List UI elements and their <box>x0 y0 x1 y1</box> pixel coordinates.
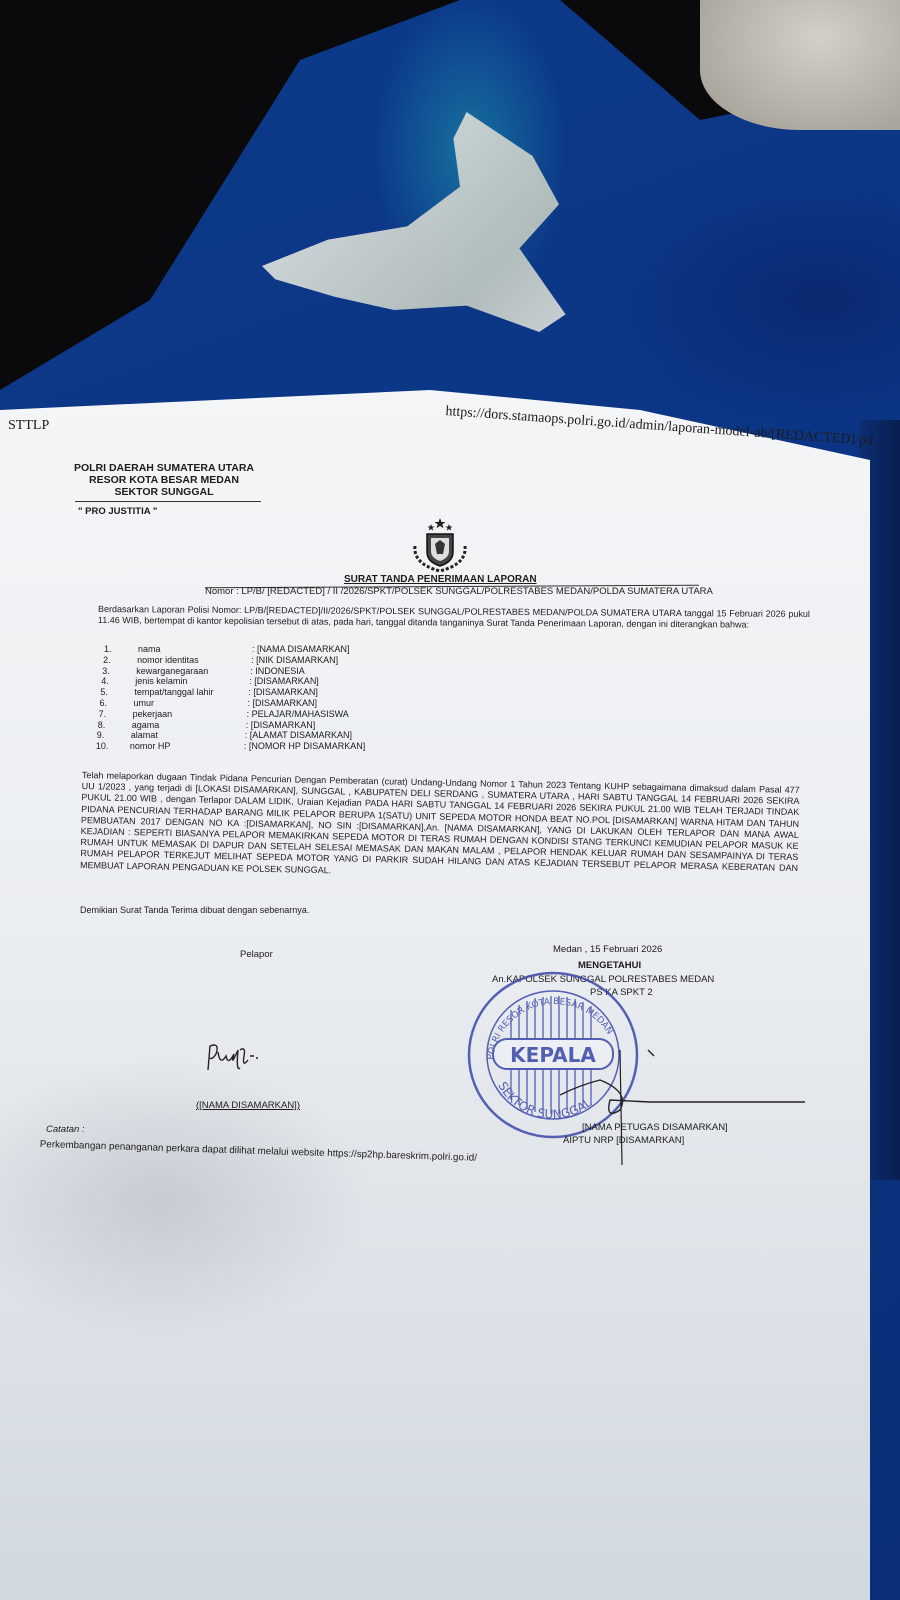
incident-narrative: Telah melaporkan dugaan Tindak Pidana Pe… <box>80 770 800 886</box>
letterhead-line-2: RESOR KOTA BESAR MEDAN <box>64 474 264 486</box>
field-value: : INDONESIA <box>250 666 305 677</box>
reporter-field-row: 4.jenis kelamin: [DISAMARKAN] <box>101 676 370 687</box>
field-value: : [NOMOR HP DISAMARKAN] <box>244 741 365 752</box>
intro-paragraph: Berdasarkan Laporan Polisi Nomor: LP/B/[… <box>98 604 810 631</box>
letterhead: POLRI DAERAH SUMATERA UTARA RESOR KOTA B… <box>64 462 264 498</box>
field-label: agama <box>132 720 246 731</box>
field-label: jenis kelamin <box>135 676 249 687</box>
note-label: Catatan : <box>46 1124 85 1135</box>
reporter-field-row: 8.agama: [DISAMARKAN] <box>98 720 367 731</box>
reporter-field-row: 5.tempat/tanggal lahir: [DISAMARKAN] <box>100 687 369 698</box>
document-title: SURAT TANDA PENERIMAAN LAPORAN <box>344 574 537 585</box>
reporter-fields: 1.nama: [NAMA DISAMARKAN]2.nomor identit… <box>104 644 373 752</box>
field-label: pekerjaan <box>133 709 247 720</box>
reporter-signature-label: Pelapor <box>240 949 273 960</box>
reporter-name: ([NAMA DISAMARKAN]) <box>196 1100 300 1111</box>
reporter-field-row: 1.nama: [NAMA DISAMARKAN] <box>104 644 373 655</box>
field-label: nama <box>138 644 252 655</box>
field-label: umur <box>134 698 248 709</box>
officer-name: [NAMA PETUGAS DISAMARKAN] <box>582 1122 728 1133</box>
polri-emblem-icon <box>405 516 475 574</box>
reporter-field-row: 3.kewarganegaraan: INDONESIA <box>102 666 371 677</box>
field-number: 6. <box>100 698 134 709</box>
field-value: : [NIK DISAMARKAN] <box>251 655 338 666</box>
closing-statement: Demikian Surat Tanda Terima dibuat denga… <box>80 905 309 915</box>
field-value: : [NAMA DISAMARKAN] <box>252 644 350 655</box>
pro-justitia-label: " PRO JUSTITIA " <box>78 506 157 517</box>
note-text: Perkembangan penanganan perkara dapat di… <box>40 1139 477 1164</box>
field-number: 10. <box>96 741 130 752</box>
field-number: 4. <box>101 676 135 687</box>
field-value: : [DISAMARKAN] <box>248 687 318 698</box>
field-number: 5. <box>100 687 134 698</box>
print-header-code: STTLP <box>8 418 49 434</box>
field-value: : PELAJAR/MAHASISWA <box>247 709 349 720</box>
letterhead-line-3: SEKTOR SUNGGAL <box>64 486 264 498</box>
letterhead-line-1: POLRI DAERAH SUMATERA UTARA <box>64 462 264 474</box>
reporter-field-row: 7.pekerjaan: PELAJAR/MAHASISWA <box>99 709 368 720</box>
field-number: 8. <box>98 720 132 731</box>
field-label: nomor identitas <box>137 655 251 666</box>
officer-rank-nrp: AIPTU NRP [DISAMARKAN] <box>563 1135 684 1146</box>
field-value: : [ALAMAT DISAMARKAN] <box>245 730 352 741</box>
field-value: : [DISAMARKAN] <box>249 676 319 687</box>
document-number: Nomor : LP/B/ [REDACTED] / II /2026/SPKT… <box>205 586 713 597</box>
reporter-signature-icon <box>200 1038 270 1078</box>
reporter-field-row: 9.alamat: [ALAMAT DISAMARKAN] <box>97 730 366 741</box>
field-label: alamat <box>131 730 245 741</box>
field-label: nomor HP <box>130 741 244 752</box>
field-number: 3. <box>102 666 136 677</box>
reporter-field-row: 10.nomor HP: [NOMOR HP DISAMARKAN] <box>96 741 365 752</box>
report-document: STTLP https://dors.stamaops.polri.go.id/… <box>0 0 900 1600</box>
field-label: tempat/tanggal lahir <box>134 687 248 698</box>
reporter-field-row: 6.umur: [DISAMARKAN] <box>100 698 369 709</box>
field-value: : [DISAMARKAN] <box>246 720 316 731</box>
field-label: kewarganegaraan <box>136 666 250 677</box>
print-header-url: https://dors.stamaops.polri.go.id/admin/… <box>445 404 884 451</box>
letterhead-divider <box>75 501 261 502</box>
field-number: 7. <box>99 709 133 720</box>
officer-signature-icon <box>560 1040 810 1170</box>
signing-date: Medan , 15 Februari 2026 <box>553 944 662 955</box>
field-number: 9. <box>97 730 131 741</box>
field-number: 1. <box>104 644 138 655</box>
field-value: : [DISAMARKAN] <box>248 698 318 709</box>
reporter-field-row: 2.nomor identitas: [NIK DISAMARKAN] <box>103 655 372 666</box>
field-number: 2. <box>103 655 137 666</box>
